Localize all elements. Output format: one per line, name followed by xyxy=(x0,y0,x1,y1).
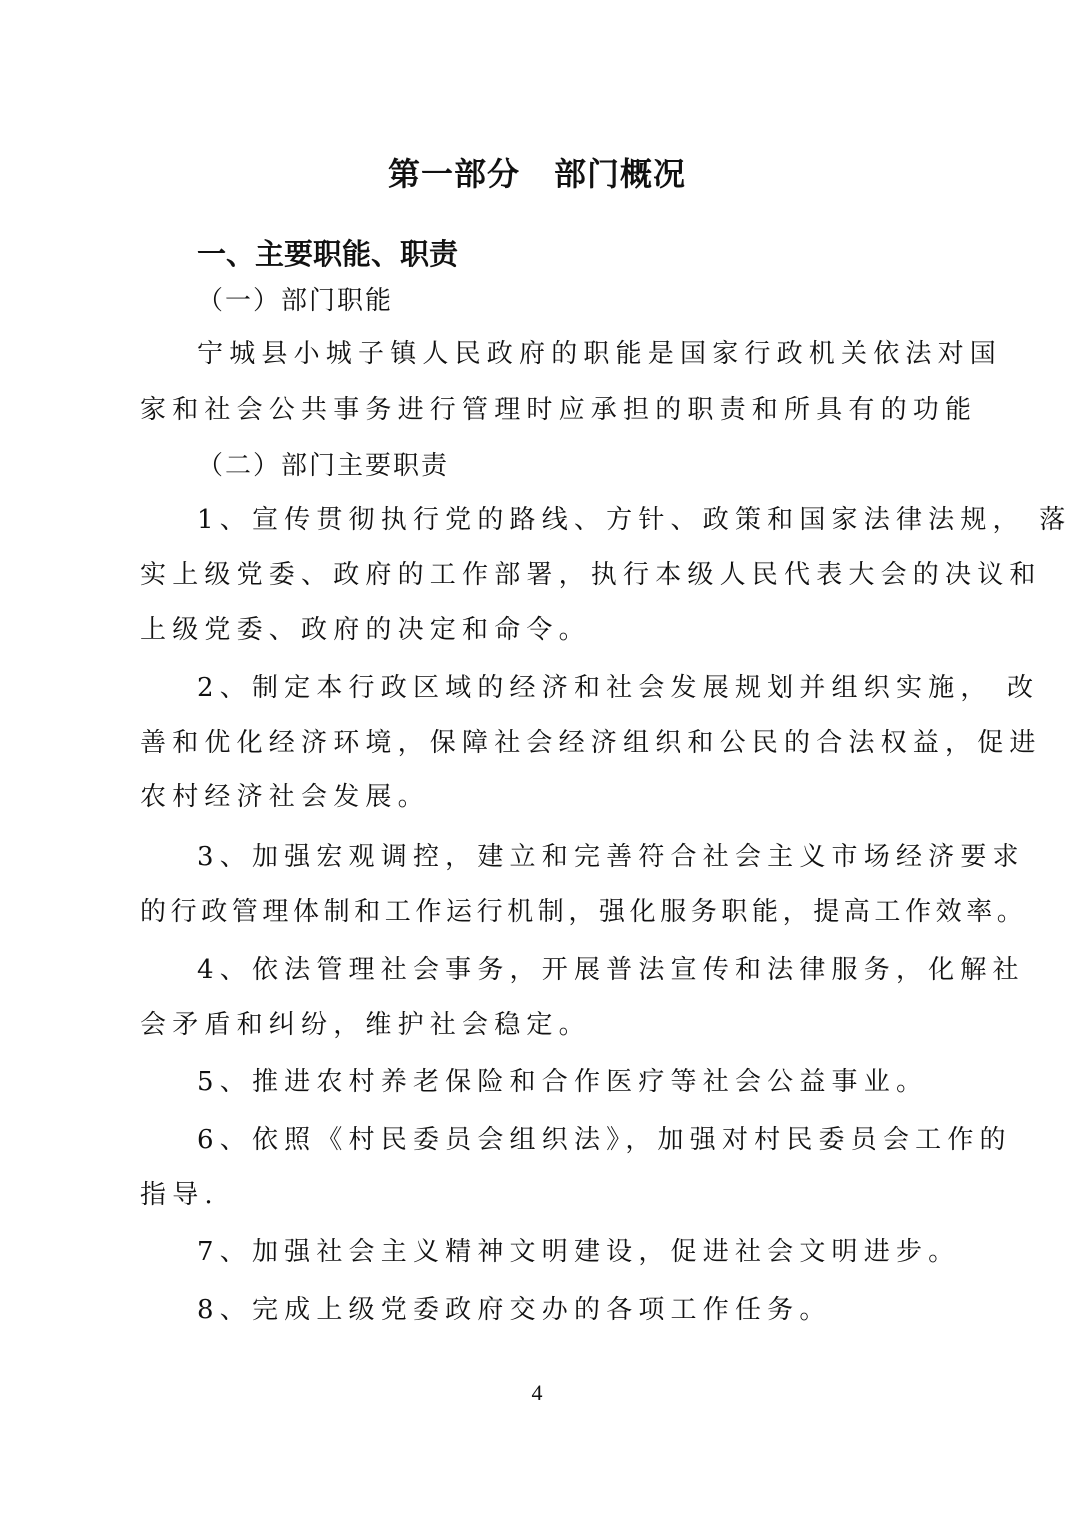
section-heading: 一、主要职能、职责 xyxy=(197,240,458,269)
list-item-line: 指导. xyxy=(140,1182,219,1208)
page-number: 4 xyxy=(0,1382,1074,1404)
list-item-line: 的行政管理体制和工作运行机制，强化服务职能，提高工作效率。 xyxy=(140,899,1027,925)
list-item-line: 上级党委、政府的决定和命令。 xyxy=(140,617,591,643)
list-item-line: 5、推进农村养老保险和合作医疗等社会公益事业。 xyxy=(197,1069,928,1095)
list-item-line: 6、依照《村民委员会组织法》，加强对村民委员会工作的 xyxy=(197,1127,1012,1153)
list-item-line: 实上级党委、政府的工作部署，执行本级人民代表大会的决议和 xyxy=(140,562,1042,588)
list-item-line: 4、依法管理社会事务，开展普法宣传和法律服务，化解社 xyxy=(197,957,1025,983)
document-page: 第一部分部门概况 一、主要职能、职责 （一）部门职能 宁城县小城子镇人民政府的职… xyxy=(0,0,1074,1520)
page-title: 第一部分部门概况 xyxy=(0,158,1074,190)
list-item-line: 2、制定本行政区域的经济和社会发展规划并组织实施， 改 xyxy=(197,675,1039,701)
list-item-line: 3、加强宏观调控，建立和完善符合社会主义市场经济要求 xyxy=(197,844,1025,870)
list-item-line: 会矛盾和纠纷，维护社会稳定。 xyxy=(140,1012,591,1038)
paragraph-line: 家和社会公共事务进行管理时应承担的职责和所具有的功能 xyxy=(140,397,977,423)
list-item-line: 7、加强社会主义精神文明建设，促进社会文明进步。 xyxy=(197,1239,960,1265)
title-part: 第一部分 xyxy=(388,155,520,193)
list-item-line: 8、完成上级党委政府交办的各项工作任务。 xyxy=(197,1297,832,1323)
list-item-line: 农村经济社会发展。 xyxy=(140,784,430,810)
list-item-line: 1、宣传贯彻执行党的路线、方针、政策和国家法律法规， 落 xyxy=(197,507,1071,533)
subsection-heading-duties: （二）部门主要职责 xyxy=(197,453,449,479)
paragraph-line: 宁城县小城子镇人民政府的职能是国家行政机关依法对国 xyxy=(197,341,1002,367)
list-item-line: 善和优化经济环境，保障社会经济组织和公民的合法权益，促进 xyxy=(140,730,1042,756)
subsection-heading-functions: （一）部门职能 xyxy=(197,288,393,314)
title-name: 部门概况 xyxy=(554,155,686,193)
